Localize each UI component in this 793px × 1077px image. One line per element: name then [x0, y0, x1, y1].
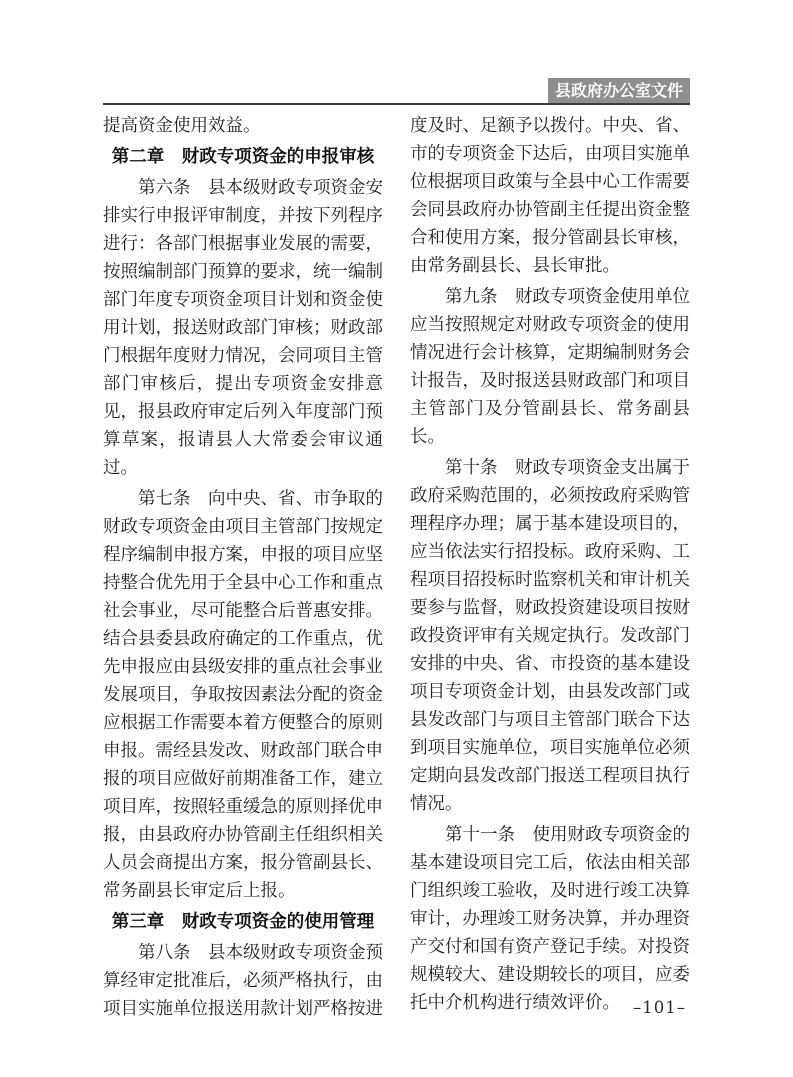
header-rule	[103, 103, 690, 105]
paragraph-article-9: 第九条 财政专项资金使用单位应当按照规定对财政专项资金的使用情况进行会计核算，定…	[410, 283, 690, 451]
right-column: 度及时、足额予以拨付。中央、省、市的专项资金下达后，由项目实施单位根据项目政策与…	[410, 112, 690, 1026]
chapter-heading-2: 第二章 财政专项资金的申报审核	[103, 143, 383, 171]
paragraph-article-8: 第八条 县本级财政专项资金预算经审定批准后，必须严格执行，由项目实施单位报送用款…	[103, 939, 383, 1023]
paragraph-article-8-continued: 度及时、足额予以拨付。中央、省、市的专项资金下达后，由项目实施单位根据项目政策与…	[410, 112, 690, 280]
paragraph-continued: 提高资金使用效益。	[103, 112, 383, 140]
left-column: 提高资金使用效益。 第二章 财政专项资金的申报审核 第六条 县本级财政专项资金安…	[103, 112, 383, 1026]
document-page: 县政府办公室文件 提高资金使用效益。 第二章 财政专项资金的申报审核 第六条 县…	[0, 0, 793, 1077]
paragraph-article-10: 第十条 财政专项资金支出属于政府采购范围的，必须按政府采购管理程序办理；属于基本…	[410, 454, 690, 818]
chapter-heading-3: 第三章 财政专项资金的使用管理	[103, 908, 383, 936]
page-number: –101–	[633, 998, 686, 1018]
paragraph-article-7: 第七条 向中央、省、市争取的财政专项资金由项目主管部门按规定程序编制申报方案，申…	[103, 485, 383, 905]
paragraph-article-6: 第六条 县本级财政专项资金安排实行申报评审制度，并按下列程序进行：各部门根据事业…	[103, 174, 383, 482]
document-body: 提高资金使用效益。 第二章 财政专项资金的申报审核 第六条 县本级财政专项资金安…	[103, 112, 690, 1026]
header-tag-label: 县政府办公室文件	[548, 78, 690, 103]
paragraph-article-11: 第十一条 使用财政专项资金的基本建设项目完工后，依法由相关部门组织竣工验收，及时…	[410, 821, 690, 1017]
